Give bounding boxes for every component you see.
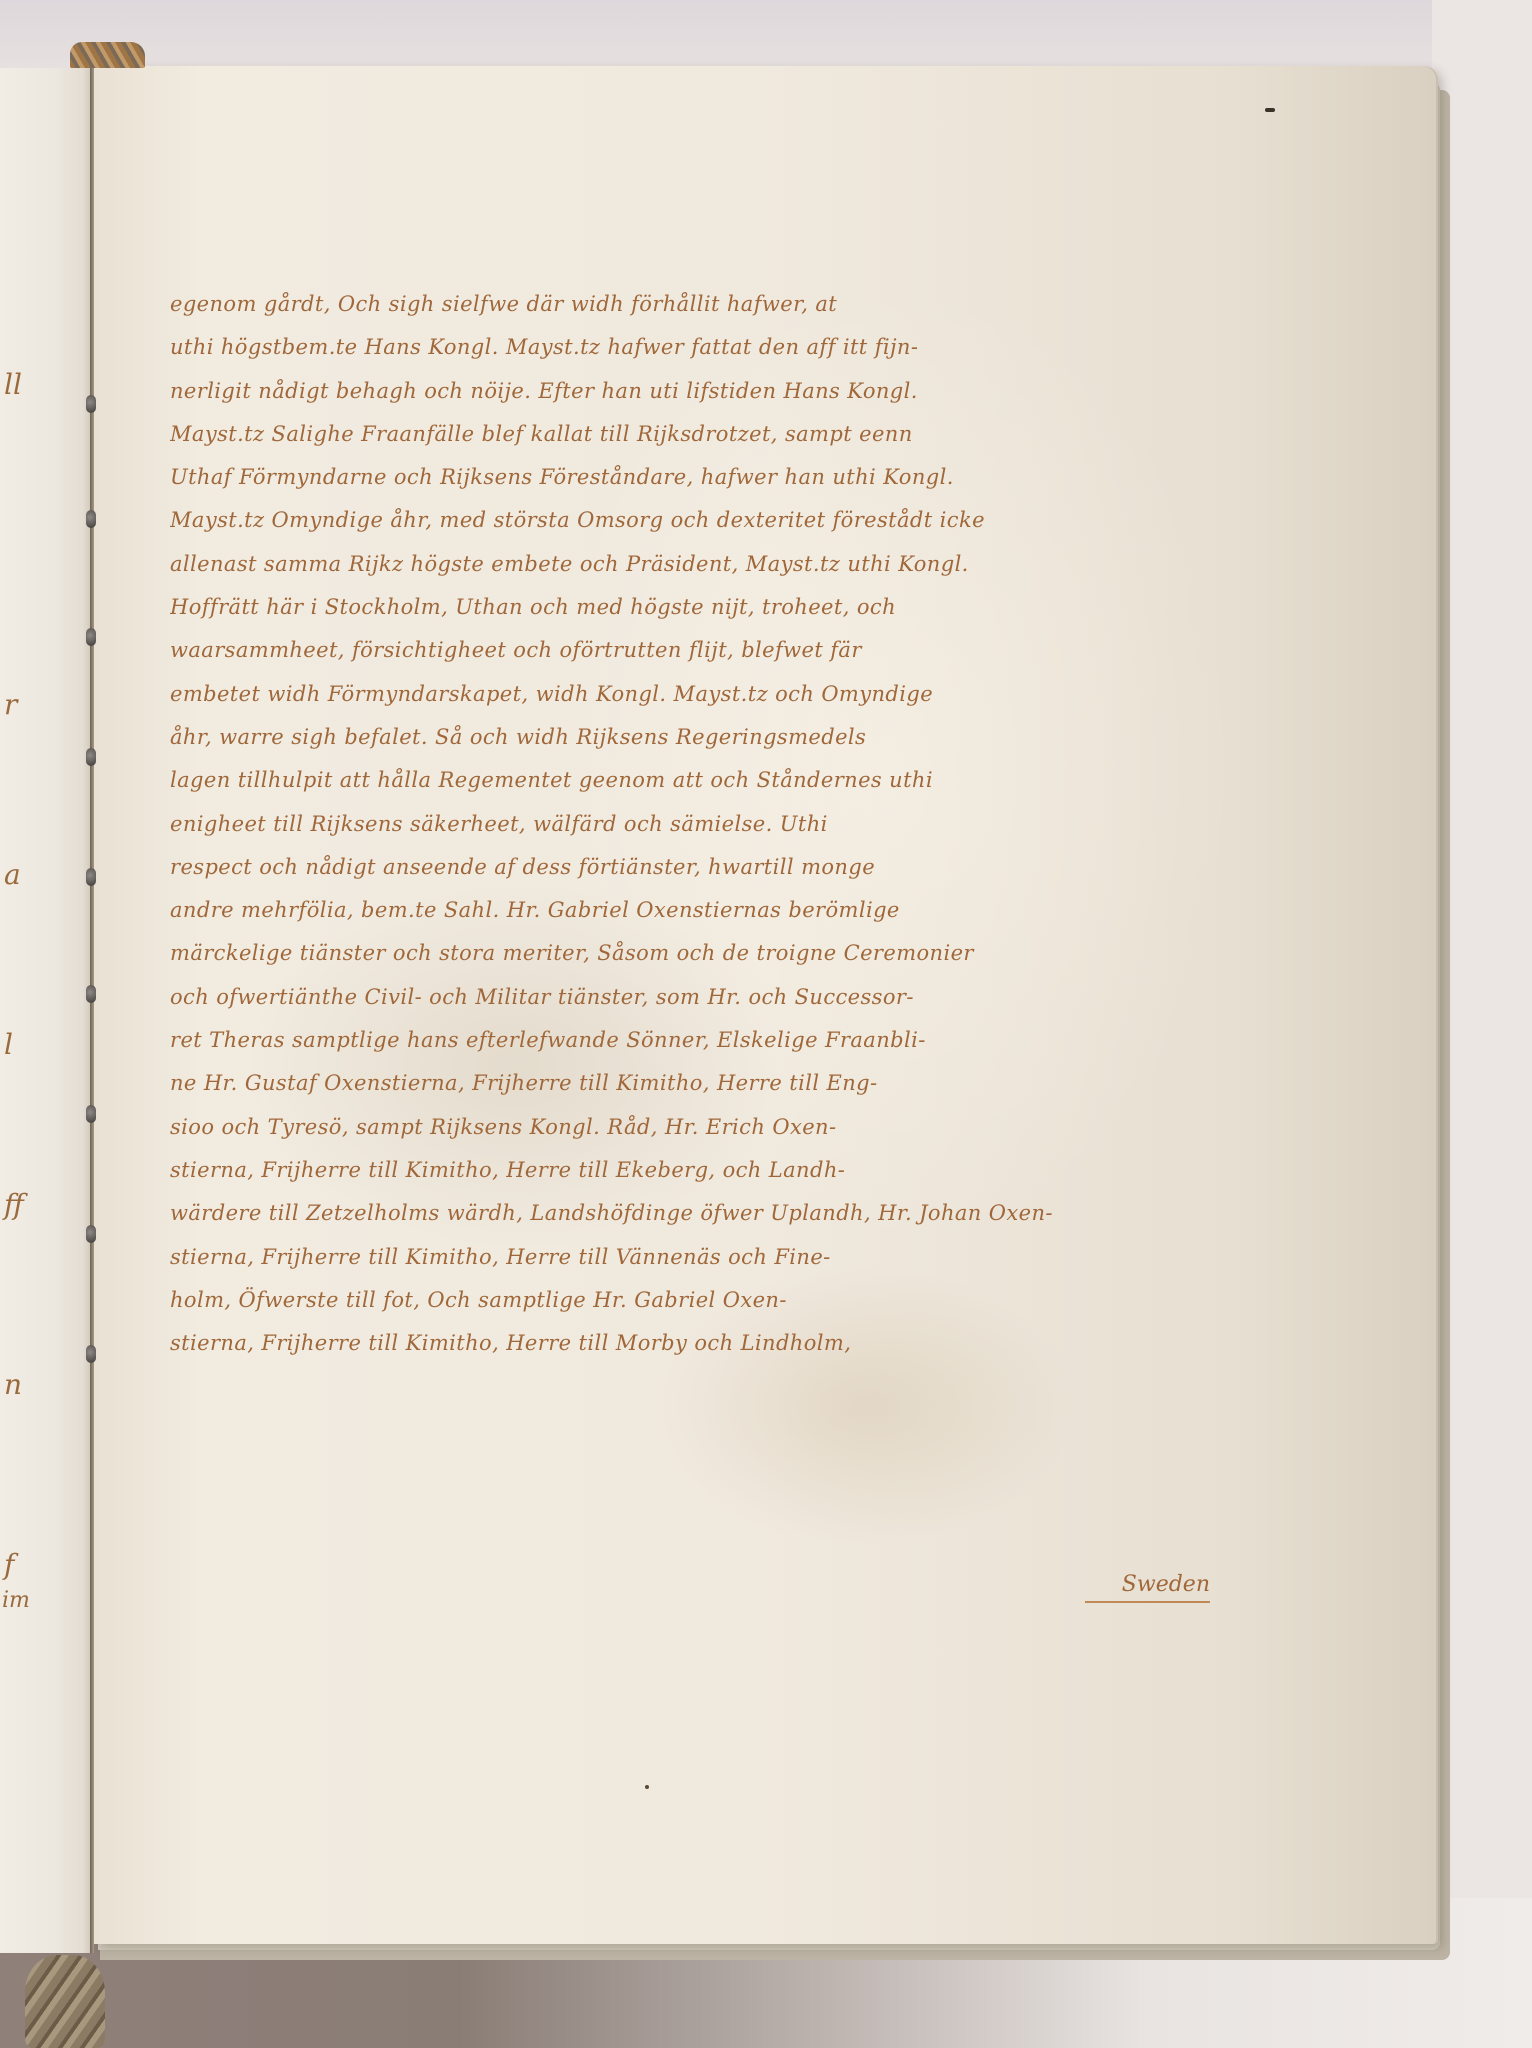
- manuscript-line: lagen tillhulpit att hålla Regementet ge…: [170, 759, 1235, 802]
- manuscript-line: ne Hr. Gustaf Oxenstierna, Frijherre til…: [170, 1062, 1235, 1105]
- manuscript-line: sioo och Tyresö, sampt Rijksens Kongl. R…: [170, 1106, 1235, 1149]
- manuscript-line: stierna, Frijherre till Kimitho, Herre t…: [170, 1149, 1235, 1192]
- backdrop-top: [0, 0, 1532, 70]
- manuscript-line: wärdere till Zetzelholms wärdh, Landshöf…: [170, 1192, 1235, 1235]
- manuscript-line: allenast samma Rijkz högste embete och P…: [170, 543, 1235, 586]
- binding-stitch: [86, 1225, 96, 1243]
- binding-stitch: [86, 1105, 96, 1123]
- manuscript-line: uthi högstbem.te Hans Kongl. Mayst.tz ha…: [170, 326, 1235, 369]
- left-margin-fragment: f: [4, 1548, 14, 1581]
- left-margin-fragment: im: [2, 1588, 30, 1613]
- manuscript-line: stierna, Frijherre till Kimitho, Herre t…: [170, 1322, 1235, 1365]
- left-margin-fragment: r: [4, 688, 17, 721]
- catchword: Sweden: [1085, 1572, 1210, 1603]
- manuscript-line: åhr, warre sigh befalet. Så och widh Rij…: [170, 716, 1235, 759]
- manuscript-line: Mayst.tz Salighe Fraanfälle blef kallat …: [170, 413, 1235, 456]
- binding-stitch: [86, 395, 96, 413]
- book-gutter: [90, 68, 94, 1953]
- manuscript-line: nerligit nådigt behagh och nöije. Efter …: [170, 370, 1235, 413]
- manuscript-line: märckelige tiänster och stora meriter, S…: [170, 932, 1235, 975]
- manuscript-line: Uthaf Förmyndarne och Rijksens Förestånd…: [170, 456, 1235, 499]
- manuscript-line: andre mehrfölia, bem.te Sahl. Hr. Gabrie…: [170, 889, 1235, 932]
- binding-cord-braid: [25, 1955, 105, 2048]
- left-margin-fragment: a: [4, 858, 21, 891]
- left-margin-fragment: n: [4, 1368, 22, 1401]
- folio-mark: [1265, 108, 1275, 112]
- manuscript-text-block: egenom gårdt, Och sigh sielfwe där widh …: [170, 283, 1235, 1365]
- left-margin-fragment: l: [4, 1028, 13, 1061]
- manuscript-line: egenom gårdt, Och sigh sielfwe där widh …: [170, 283, 1235, 326]
- manuscript-line: Mayst.tz Omyndige åhr, med största Omsor…: [170, 499, 1235, 542]
- binding-stitch: [86, 510, 96, 528]
- binding-stitch: [86, 868, 96, 886]
- manuscript-line: stierna, Frijherre till Kimitho, Herre t…: [170, 1236, 1235, 1279]
- manuscript-line: respect och nådigt anseende af dess fört…: [170, 846, 1235, 889]
- binding-stitch: [86, 985, 96, 1003]
- binding-stitch: [86, 628, 96, 646]
- binding-stitch: [86, 1345, 96, 1363]
- manuscript-line: embetet widh Förmyndarskapet, widh Kongl…: [170, 673, 1235, 716]
- manuscript-line: ret Theras samptlige hans efterlefwande …: [170, 1019, 1235, 1062]
- left-margin-fragment: ll: [4, 368, 22, 401]
- manuscript-line: enigheet till Rijksens säkerheet, wälfär…: [170, 803, 1235, 846]
- binding-stitch: [86, 748, 96, 766]
- manuscript-line: waarsammheet, försichtigheet och oförtru…: [170, 629, 1235, 672]
- left-margin-fragment: ff: [4, 1188, 24, 1221]
- binding-thread-top: [70, 42, 145, 68]
- left-page: ll r a l ff n f im: [0, 68, 92, 1953]
- manuscript-line: holm, Öfwerste till fot, Och samptlige H…: [170, 1279, 1235, 1322]
- manuscript-line: och ofwertiänthe Civil- och Militar tiän…: [170, 976, 1235, 1019]
- ink-spot: [645, 1785, 649, 1789]
- manuscript-line: Hoffrätt här i Stockholm, Uthan och med …: [170, 586, 1235, 629]
